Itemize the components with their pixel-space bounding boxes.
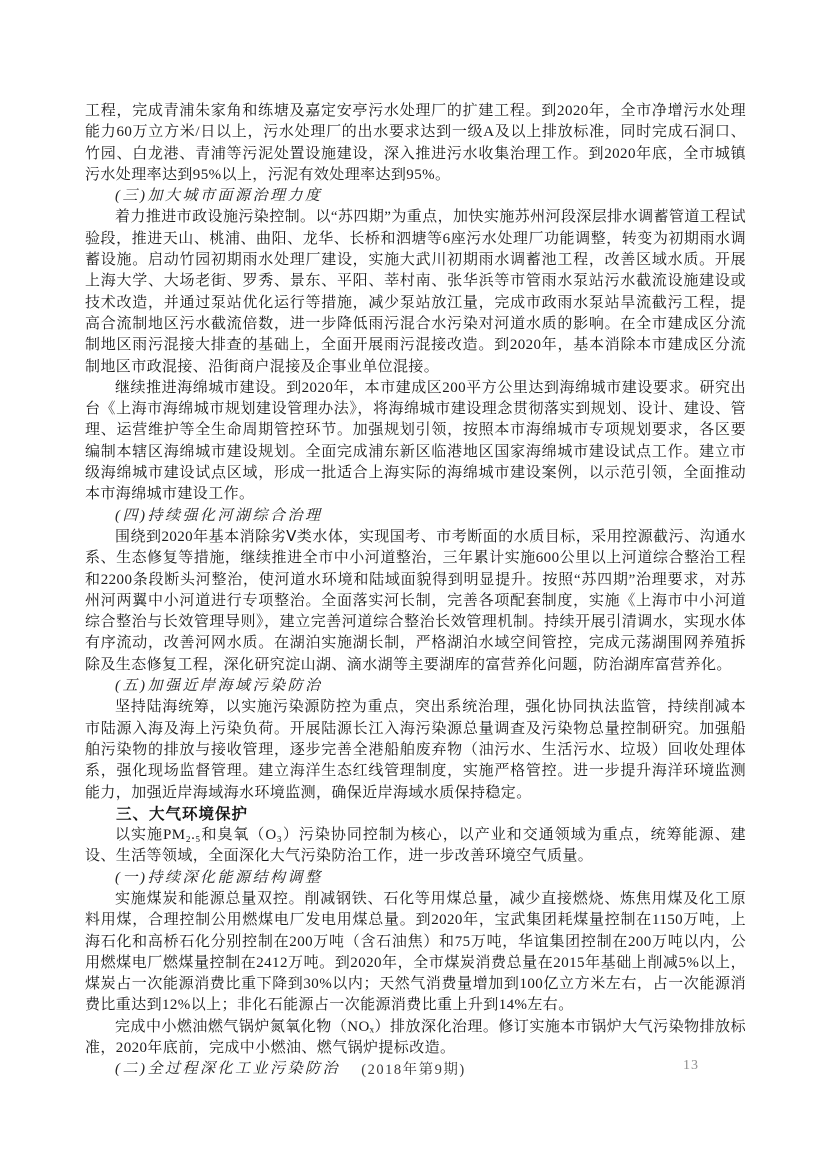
paragraph-sponge-city: 继续推进海绵城市建设。到2020年，本市建成区200平方公里达到海绵城市建设要求…	[85, 378, 746, 506]
paragraph-coal-energy-control: 实施煤炭和能源总量双控。削减钢铁、石化等用煤总量，减少直接燃烧、炼焦用煤及化工原…	[85, 889, 746, 1017]
paragraph-coastal-pollution: 坚持陆海统筹，以实施污染源防控为重点，突出系统治理，强化协同执法监管，持续削减本…	[85, 697, 746, 803]
paragraph-sewage-plants-continuation: 工程，完成青浦朱家角和练塘及嘉定安亭污水处理厂的扩建工程。到2020年，全市净增…	[85, 101, 746, 186]
page-text-block: 工程，完成青浦朱家角和练塘及嘉定安亭污水处理厂的扩建工程。到2020年，全市净增…	[85, 101, 746, 1081]
paragraph-river-lake-treatment: 围绕到2020年基本消除劣Ⅴ类水体，实现国考、市考断面的水质目标，采用控源截污、…	[85, 527, 746, 676]
heading-section-3-urban-nonpoint: (三)加大城市面源治理力度	[85, 186, 746, 207]
footer-issue-label: (2018年第9期)	[0, 1058, 827, 1079]
paragraph-boiler-nox-treatment: 完成中小燃油燃气锅炉氮氧化物（NOₓ）排放深化治理。修订实施本市锅炉大气污染物排…	[85, 1017, 746, 1060]
heading-chapter-3-air-environment: 三、大气环境保护	[85, 804, 746, 825]
footer-page-number: 13	[683, 1058, 699, 1074]
heading-section-1-energy-structure: (一)持续深化能源结构调整	[85, 868, 746, 889]
heading-section-5-coastal: (五)加强近岸海域污染防治	[85, 676, 746, 697]
paragraph-air-quality-overview: 以实施PM₂.₅和臭氧（O₃）污染协同控制为核心，以产业和交通领域为重点，统筹能…	[85, 825, 746, 868]
document-page: 工程，完成青浦朱家角和练塘及嘉定安亭污水处理厂的扩建工程。到2020年，全市净增…	[0, 0, 827, 1170]
paragraph-municipal-pollution-control: 着力推进市政设施污染控制。以“苏四期”为重点，加快实施苏州河段深层排水调蓄管道工…	[85, 207, 746, 377]
heading-section-4-river-lake: (四)持续强化河湖综合治理	[85, 506, 746, 527]
